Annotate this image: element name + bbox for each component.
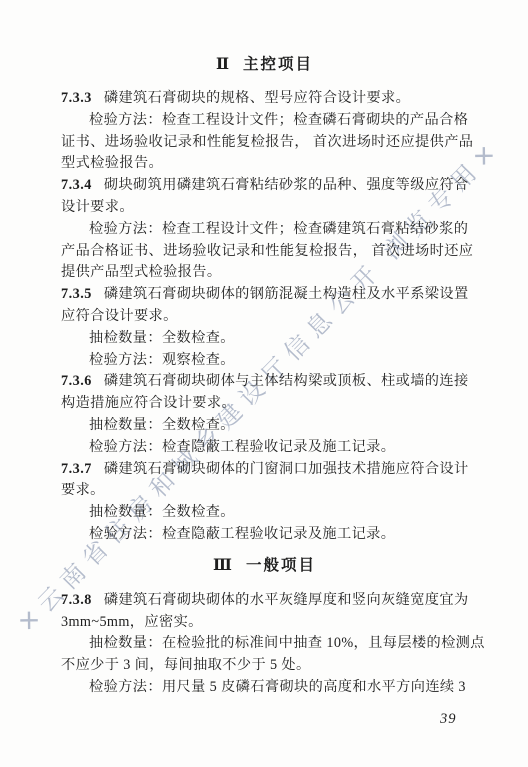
clause-text: 检验方法：检查隐蔽工程验收记录及施工记录。 bbox=[89, 439, 395, 455]
clause-text: 检验方法：检查工程设计文件；检查磷石膏砌块的产品合格 bbox=[89, 112, 468, 128]
clause-line: 构造措施应符合设计要求。 bbox=[61, 393, 468, 415]
clause-text: 3mm~5mm，应密实。 bbox=[61, 614, 203, 630]
clause-line: 检验方法：用尺量 5 皮磷石膏砌块的高度和水平方向连续 3 bbox=[61, 677, 468, 699]
section-heading-general: Ⅲ一般项目 bbox=[61, 555, 468, 577]
clause-text: 型式检验报告。 bbox=[61, 155, 163, 171]
page-content: Ⅱ主控项目 7.3.3磷建筑石膏砌块的规格、型号应符合设计要求。 检验方法：检查… bbox=[61, 54, 468, 699]
clause-text: 不应少于 3 间，每间抽取不少于 5 处。 bbox=[61, 657, 311, 673]
clause-text: 要求。 bbox=[61, 482, 105, 498]
clause-line: 7.3.6磷建筑石膏砌块砌体与主体结构梁或顶板、柱或墙的连接 bbox=[61, 371, 468, 393]
clause-line: 7.3.5磷建筑石膏砌块砌体的钢筋混凝土构造柱及水平系梁设置 bbox=[61, 284, 468, 306]
clause-line: 检验方法：检查隐蔽工程验收记录及施工记录。 bbox=[61, 524, 468, 546]
clause-text: 磷建筑石膏砌块砌体的门窗洞口加强技术措施应符合设计 bbox=[104, 461, 469, 477]
section-heading-main: Ⅱ主控项目 bbox=[61, 54, 468, 76]
clause-number: 7.3.6 bbox=[61, 373, 92, 389]
clause-text: 磷建筑石膏砌块砌体的水平灰缝厚度和竖向灰缝宽度宜为 bbox=[104, 592, 469, 608]
clause-line: 检验方法：检查工程设计文件；检查磷建筑石膏粘结砂浆的 bbox=[61, 219, 468, 241]
clause-line: 检验方法：观察检查。 bbox=[61, 350, 468, 372]
clause-text: 证书、进场验收记录和性能复检报告， 首次进场时还应提供产品 bbox=[61, 134, 473, 150]
clause-text: 产品合格证书、进场验收记录和性能复检报告， 首次进场时还应 bbox=[61, 243, 473, 259]
section-numeral: Ⅲ bbox=[213, 557, 232, 574]
clause-text: 抽检数量：全数检查。 bbox=[89, 504, 235, 520]
clause-text: 检验方法：用尺量 5 皮磷石膏砌块的高度和水平方向连续 3 bbox=[89, 679, 466, 695]
clause-line: 设计要求。 bbox=[61, 197, 468, 219]
clause-text: 磷建筑石膏砌块砌体的钢筋混凝土构造柱及水平系梁设置 bbox=[104, 286, 469, 302]
clause-line: 要求。 bbox=[61, 480, 468, 502]
clause-text: 提供产品型式检验报告。 bbox=[61, 264, 221, 280]
clause-line: 型式检验报告。 bbox=[61, 153, 468, 175]
clause-line: 7.3.8磷建筑石膏砌块砌体的水平灰缝厚度和竖向灰缝宽度宜为 bbox=[61, 590, 468, 612]
clause-number: 7.3.3 bbox=[61, 90, 92, 106]
section-title: 主控项目 bbox=[243, 56, 313, 73]
section-numeral: Ⅱ bbox=[216, 56, 229, 73]
clause-line: 不应少于 3 间，每间抽取不少于 5 处。 bbox=[61, 655, 468, 677]
clause-line: 抽检数量：全数检查。 bbox=[61, 415, 468, 437]
clause-line: 应符合设计要求。 bbox=[61, 306, 468, 328]
clause-line: 抽检数量：全数检查。 bbox=[61, 502, 468, 524]
page-number: 39 bbox=[440, 711, 457, 728]
clause-line: 7.3.4砌块砌筑用磷建筑石膏粘结砂浆的品种、强度等级应符合 bbox=[61, 175, 468, 197]
clause-line: 检验方法：检查隐蔽工程验收记录及施工记录。 bbox=[61, 437, 468, 459]
clause-line: 检验方法：检查工程设计文件；检查磷石膏砌块的产品合格 bbox=[61, 110, 468, 132]
clause-line: 提供产品型式检验报告。 bbox=[61, 262, 468, 284]
clause-number: 7.3.8 bbox=[61, 592, 92, 608]
section-title: 一般项目 bbox=[246, 557, 316, 574]
clause-text: 抽检数量：全数检查。 bbox=[89, 417, 235, 433]
clause-text: 检验方法：观察检查。 bbox=[89, 352, 235, 368]
clause-text: 构造措施应符合设计要求。 bbox=[61, 395, 236, 411]
clause-text: 抽检数量：在检验批的标准间中抽查 10%，且每层楼的检测点 bbox=[89, 635, 485, 651]
clause-number: 7.3.7 bbox=[61, 461, 92, 477]
clause-line: 7.3.7磷建筑石膏砌块砌体的门窗洞口加强技术措施应符合设计 bbox=[61, 459, 468, 481]
clause-text: 磷建筑石膏砌块砌体与主体结构梁或顶板、柱或墙的连接 bbox=[104, 373, 469, 389]
clause-line: 抽检数量：全数检查。 bbox=[61, 328, 468, 350]
clause-text: 设计要求。 bbox=[61, 199, 134, 215]
clause-line: 证书、进场验收记录和性能复检报告， 首次进场时还应提供产品 bbox=[61, 132, 468, 154]
clause-line: 抽检数量：在检验批的标准间中抽查 10%，且每层楼的检测点 bbox=[61, 633, 468, 655]
clause-text: 抽检数量：全数检查。 bbox=[89, 330, 235, 346]
clause-text: 砌块砌筑用磷建筑石膏粘结砂浆的品种、强度等级应符合 bbox=[104, 177, 469, 193]
document-page: ✕云南省住房和城乡建设厅信息公开 浏览专用✕ Ⅱ主控项目 7.3.3磷建筑石膏砌… bbox=[0, 0, 528, 767]
clause-text: 检验方法：检查隐蔽工程验收记录及施工记录。 bbox=[89, 526, 395, 542]
clause-line: 3mm~5mm，应密实。 bbox=[61, 612, 468, 634]
clause-text: 应符合设计要求。 bbox=[61, 308, 178, 324]
clause-text: 检验方法：检查工程设计文件；检查磷建筑石膏粘结砂浆的 bbox=[89, 221, 468, 237]
clause-line: 产品合格证书、进场验收记录和性能复检报告， 首次进场时还应 bbox=[61, 241, 468, 263]
clause-line: 7.3.3磷建筑石膏砌块的规格、型号应符合设计要求。 bbox=[61, 88, 468, 110]
clause-number: 7.3.4 bbox=[61, 177, 92, 193]
clause-number: 7.3.5 bbox=[61, 286, 92, 302]
clause-text: 磷建筑石膏砌块的规格、型号应符合设计要求。 bbox=[104, 90, 410, 106]
